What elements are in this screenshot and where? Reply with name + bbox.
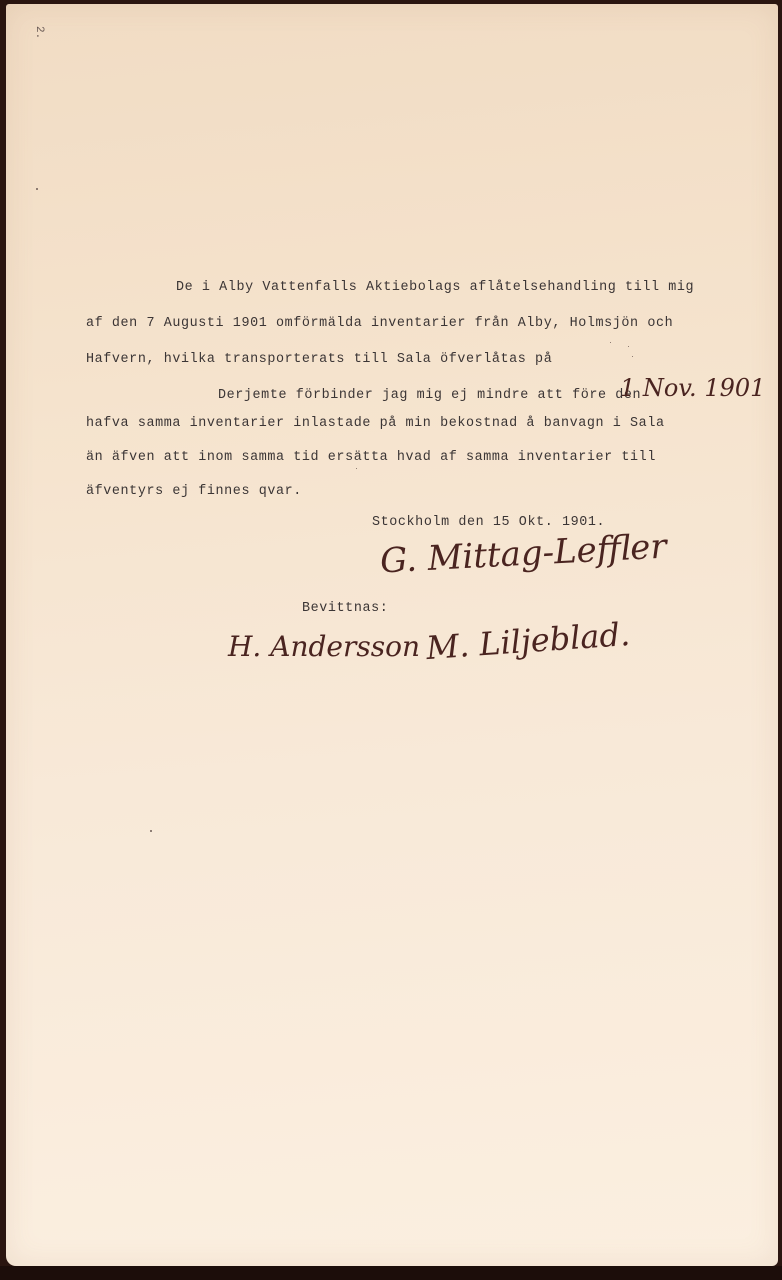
paper-speck: [632, 356, 633, 357]
scan-border: [0, 1266, 782, 1280]
paper-speck: [610, 342, 611, 343]
document-page: 2. De i Alby Vattenfalls Aktiebolags afl…: [6, 4, 778, 1266]
witness-label: Bevittnas:: [302, 601, 388, 616]
witness-signature-liljeblad: M. Liljeblad.: [425, 615, 631, 667]
handwritten-deadline-date: 1 Nov. 1901: [620, 374, 765, 402]
paragraph-1-line-3: Hafvern, hvilka transporterats till Sala…: [86, 352, 552, 367]
witness-signature-andersson: H. Andersson: [228, 630, 420, 663]
paper-speck: [150, 830, 152, 832]
paragraph-2-line-1: Derjemte förbinder jag mig ej mindre att…: [218, 388, 641, 403]
paragraph-2-line-4: äfventyrs ej finnes qvar.: [86, 484, 302, 499]
paper-speck: [628, 346, 629, 347]
paragraph-2-line-2: hafva samma inventarier inlastade på min…: [86, 416, 665, 431]
page-number-marker: 2.: [34, 26, 44, 39]
paragraph-1-line-1: De i Alby Vattenfalls Aktiebolags aflåte…: [176, 280, 694, 295]
paper-speck: [36, 188, 38, 190]
signature-mittag-leffler: G. Mittag-Leffler: [379, 527, 667, 582]
paragraph-1-line-2: af den 7 Augusti 1901 omförmälda inventa…: [86, 316, 673, 331]
paragraph-2-line-3: än äfven att inom samma tid ersätta hvad…: [86, 450, 656, 465]
place-and-date: Stockholm den 15 Okt. 1901.: [372, 515, 605, 530]
paper-speck: [356, 468, 357, 469]
